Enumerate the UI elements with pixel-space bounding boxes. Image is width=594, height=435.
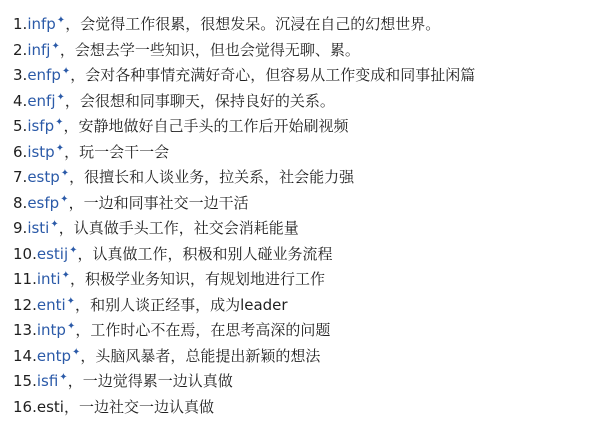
mbti-type-link[interactable]: infj: [27, 41, 50, 59]
sparkle-icon[interactable]: ✦: [51, 41, 59, 52]
item-number: 11.: [13, 270, 37, 288]
sparkle-icon[interactable]: ✦: [60, 194, 68, 205]
sparkle-icon[interactable]: ✦: [62, 270, 70, 281]
list-item: 8.esfp✦，一边和同事社交一边干活: [13, 191, 475, 217]
item-number: 2.: [13, 41, 27, 59]
item-description: 一边社交一边认真做: [79, 398, 214, 416]
item-number: 9.: [13, 219, 27, 237]
separator: ，: [70, 66, 85, 84]
item-description: 工作时心不在焉，在思考高深的问题: [90, 321, 330, 339]
item-description: 一边觉得累一边认真做: [83, 372, 233, 390]
item-number: 12.: [13, 296, 37, 314]
list-item: 15.isfi✦，一边觉得累一边认真做: [13, 369, 475, 395]
mbti-type-link[interactable]: estij: [37, 245, 68, 263]
mbti-type-link[interactable]: isfi: [37, 372, 58, 390]
mbti-type-link[interactable]: infp: [27, 15, 55, 33]
separator: ，: [64, 117, 79, 135]
mbti-list: 1.infp✦，会觉得工作很累，很想发呆。沉浸在自己的幻想世界。 2.infj✦…: [13, 12, 475, 420]
list-item: 1.infp✦，会觉得工作很累，很想发呆。沉浸在自己的幻想世界。: [13, 12, 475, 38]
sparkle-icon[interactable]: ✦: [56, 143, 64, 154]
list-item: 13.intp✦，工作时心不在焉，在思考高深的问题: [13, 318, 475, 344]
sparkle-icon[interactable]: ✦: [67, 296, 75, 307]
separator: ，: [65, 15, 80, 33]
item-number: 13.: [13, 321, 37, 339]
sparkle-icon[interactable]: ✦: [61, 168, 69, 179]
separator: ，: [80, 347, 95, 365]
item-number: 15.: [13, 372, 37, 390]
mbti-type-link[interactable]: istp: [27, 143, 54, 161]
item-number: 14.: [13, 347, 37, 365]
item-description: 会很想和同事聊天，保持良好的关系。: [80, 92, 335, 110]
mbti-type-link[interactable]: inti: [37, 270, 61, 288]
list-item: 2.infj✦，会想去学一些知识，但也会觉得无聊、累。: [13, 38, 475, 64]
item-description: 和别人谈正经事，成为leader: [90, 296, 288, 314]
list-item: 14.entp✦，头脑风暴者，总能提出新颖的想法: [13, 344, 475, 370]
separator: ，: [64, 143, 79, 161]
item-description: 会觉得工作很累，很想发呆。沉浸在自己的幻想世界。: [80, 15, 440, 33]
item-number: 16.: [13, 398, 37, 416]
sparkle-icon[interactable]: ✦: [59, 372, 67, 383]
separator: ，: [75, 321, 90, 339]
separator: ，: [69, 194, 84, 212]
sparkle-icon[interactable]: ✦: [62, 66, 70, 77]
mbti-type-text: esti: [37, 398, 64, 416]
list-item: 4.enfj✦，会很想和同事聊天，保持良好的关系。: [13, 89, 475, 115]
item-number: 10.: [13, 245, 37, 263]
separator: ，: [68, 372, 83, 390]
mbti-type-link[interactable]: enti: [37, 296, 66, 314]
separator: ，: [59, 219, 74, 237]
item-description: 头脑风暴者，总能提出新颖的想法: [95, 347, 320, 365]
item-description: 一边和同事社交一边干活: [84, 194, 249, 212]
mbti-type-link[interactable]: isfp: [27, 117, 54, 135]
item-number: 6.: [13, 143, 27, 161]
separator: ，: [64, 398, 79, 416]
separator: ，: [65, 92, 80, 110]
list-item: 6.istp✦，玩一会干一会: [13, 140, 475, 166]
separator: ，: [60, 41, 75, 59]
item-number: 4.: [13, 92, 27, 110]
item-description: 很擅长和人谈业务，拉关系，社会能力强: [84, 168, 354, 186]
separator: ，: [69, 168, 84, 186]
mbti-type-link[interactable]: isti: [27, 219, 49, 237]
separator: ，: [78, 245, 93, 263]
list-item: 3.enfp✦，会对各种事情充满好奇心，但容易从工作变成和同事扯闲篇: [13, 63, 475, 89]
item-description: 认真做手头工作，社交会消耗能量: [74, 219, 299, 237]
separator: ，: [75, 296, 90, 314]
separator: ，: [70, 270, 85, 288]
list-item: 7.estp✦，很擅长和人谈业务，拉关系，社会能力强: [13, 165, 475, 191]
list-item: 16.esti，一边社交一边认真做: [13, 395, 475, 421]
item-number: 1.: [13, 15, 27, 33]
list-item: 12.enti✦，和别人谈正经事，成为leader: [13, 293, 475, 319]
mbti-type-link[interactable]: estp: [27, 168, 59, 186]
sparkle-icon[interactable]: ✦: [57, 92, 65, 103]
mbti-type-link[interactable]: intp: [37, 321, 66, 339]
sparkle-icon[interactable]: ✦: [69, 245, 77, 256]
item-description: 安静地做好自己手头的工作后开始刷视频: [79, 117, 349, 135]
sparkle-icon[interactable]: ✦: [67, 321, 75, 332]
list-item: 10.estij✦，认真做工作，积极和别人碰业务流程: [13, 242, 475, 268]
item-description: 玩一会干一会: [79, 143, 169, 161]
item-number: 3.: [13, 66, 27, 84]
item-description: 会想去学一些知识，但也会觉得无聊、累。: [75, 41, 360, 59]
item-number: 7.: [13, 168, 27, 186]
mbti-type-link[interactable]: enfp: [27, 66, 61, 84]
item-description: 会对各种事情充满好奇心，但容易从工作变成和同事扯闲篇: [85, 66, 475, 84]
list-item: 9.isti✦，认真做手头工作，社交会消耗能量: [13, 216, 475, 242]
mbti-type-link[interactable]: esfp: [27, 194, 59, 212]
mbti-type-link[interactable]: entp: [37, 347, 71, 365]
item-description: 认真做工作，积极和别人碰业务流程: [93, 245, 333, 263]
mbti-type-link[interactable]: enfj: [27, 92, 55, 110]
sparkle-icon[interactable]: ✦: [57, 15, 65, 26]
list-item: 11.inti✦，积极学业务知识，有规划地进行工作: [13, 267, 475, 293]
item-description: 积极学业务知识，有规划地进行工作: [85, 270, 325, 288]
list-item: 5.isfp✦，安静地做好自己手头的工作后开始刷视频: [13, 114, 475, 140]
item-number: 5.: [13, 117, 27, 135]
sparkle-icon[interactable]: ✦: [50, 219, 58, 230]
sparkle-icon[interactable]: ✦: [72, 347, 80, 358]
item-number: 8.: [13, 194, 27, 212]
sparkle-icon[interactable]: ✦: [55, 117, 63, 128]
